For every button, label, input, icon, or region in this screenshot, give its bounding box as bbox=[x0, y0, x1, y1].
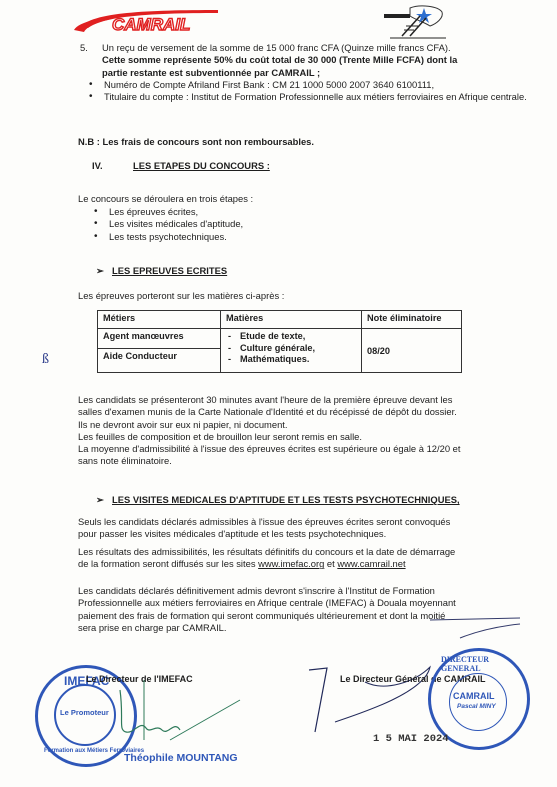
note-cell: 08/20 bbox=[362, 329, 462, 373]
medical-paragraph-1: Seuls les candidats déclarés admissibles… bbox=[78, 516, 548, 541]
written-exams-title: LES EPREUVES ECRITES bbox=[112, 265, 227, 277]
stamp-center-text: Le Promoteur bbox=[60, 708, 109, 717]
text-span: de la formation seront diffusés sur les … bbox=[78, 558, 258, 569]
bank-account-number: Numéro de Compte Afriland First Bank : C… bbox=[86, 79, 541, 91]
payment-details-list: Numéro de Compte Afriland First Bank : C… bbox=[86, 79, 541, 104]
paragraph-line: Les candidats déclarés définitivement ad… bbox=[78, 585, 548, 597]
svg-text:CAMRAIL: CAMRAIL bbox=[112, 15, 190, 34]
arrow-bullet-icon: ➢ bbox=[96, 265, 104, 277]
camrail-website-link[interactable]: www.camrail.net bbox=[337, 558, 405, 569]
payment-line-2: Cette somme représente 50% du coût total… bbox=[102, 54, 528, 66]
metier-cell: Aide Conducteur bbox=[98, 349, 221, 373]
matieres-cell: Etude de texte, Culture générale, Mathém… bbox=[221, 329, 362, 373]
date-stamp: 1 5 MAI 2024 bbox=[373, 733, 449, 745]
paragraph-line: Professionnelle aux métiers ferroviaires… bbox=[78, 597, 548, 609]
left-signature bbox=[110, 680, 250, 750]
written-exams-intro: Les épreuves porteront sur les matières … bbox=[78, 290, 284, 302]
pen-stroke bbox=[430, 610, 530, 640]
camrail-logo: CAMRAIL bbox=[70, 6, 220, 36]
exam-instructions: Les candidats se présenteront 30 minutes… bbox=[78, 394, 548, 468]
step-item: Les visites médicales d'aptitude, bbox=[91, 218, 391, 230]
section-title: LES ETAPES DU CONCOURS : bbox=[133, 160, 270, 172]
table-header-note: Note éliminatoire bbox=[362, 311, 462, 329]
text-span: et bbox=[324, 558, 337, 569]
instruction-line: La moyenne d'admissibilité à l'issue des… bbox=[78, 443, 548, 455]
stamp-center-text: CAMRAIL bbox=[453, 691, 495, 701]
medical-tests-title: LES VISITES MEDICALES D'APTITUDE ET LES … bbox=[112, 494, 460, 506]
left-signatory-name: Théophile MOUNTANG bbox=[124, 752, 238, 764]
instruction-line: sans note éliminatoire. bbox=[78, 455, 548, 467]
instruction-line: Ils ne devront avoir sur eux ni papier, … bbox=[78, 419, 548, 431]
arrow-bullet-icon: ➢ bbox=[96, 494, 104, 506]
stamp-ring-text: DIRECTEUR GENERAL bbox=[441, 655, 527, 673]
instruction-line: Les feuilles de composition et de brouil… bbox=[78, 431, 548, 443]
paragraph-line: Seuls les candidats déclarés admissibles… bbox=[78, 516, 548, 528]
payment-line-3: partie restante est subventionnée par CA… bbox=[102, 67, 528, 79]
payment-item-5: 5. Un reçu de versement de la somme de 1… bbox=[88, 42, 528, 79]
payment-line-1: Un reçu de versement de la somme de 15 0… bbox=[102, 42, 528, 54]
medical-paragraph-2: Les résultats des admissibilités, les ré… bbox=[78, 546, 548, 571]
step-item: Les tests psychotechniques. bbox=[91, 231, 391, 243]
subject-item: Culture générale, bbox=[226, 343, 356, 355]
steps-list: Les épreuves écrites, Les visites médica… bbox=[91, 206, 391, 243]
imefac-website-link[interactable]: www.imefac.org bbox=[258, 558, 324, 569]
nb-note: N.B : Les frais de concours sont non rem… bbox=[78, 136, 314, 148]
account-holder: Titulaire du compte : Institut de Format… bbox=[86, 91, 541, 103]
subject-item: Mathématiques. bbox=[226, 354, 356, 366]
section-intro: Le concours se déroulera en trois étapes… bbox=[78, 193, 253, 205]
imefac-logo bbox=[380, 2, 450, 42]
paragraph-line: de la formation seront diffusés sur les … bbox=[78, 558, 548, 570]
item-number: 5. bbox=[80, 42, 88, 54]
metier-cell: Agent manœuvres bbox=[98, 329, 221, 349]
instruction-line: Les candidats se présenteront 30 minutes… bbox=[78, 394, 548, 406]
subject-item: Etude de texte, bbox=[226, 331, 356, 343]
table-header-matieres: Matières bbox=[221, 311, 362, 329]
paragraph-line: Les résultats des admissibilités, les ré… bbox=[78, 546, 548, 558]
paragraph-line: pour passer les visites médicales d'apti… bbox=[78, 528, 548, 540]
table-header-metiers: Métiers bbox=[98, 311, 221, 329]
section-number: IV. bbox=[92, 160, 103, 172]
instruction-line: salles d'examen munis de la Carte Nation… bbox=[78, 406, 548, 418]
stamp-name-text: Pascal MINY bbox=[457, 703, 496, 710]
exam-subjects-table: Métiers Matières Note éliminatoire Agent… bbox=[97, 310, 462, 373]
step-item: Les épreuves écrites, bbox=[91, 206, 391, 218]
margin-initial-mark: ß bbox=[42, 352, 49, 368]
